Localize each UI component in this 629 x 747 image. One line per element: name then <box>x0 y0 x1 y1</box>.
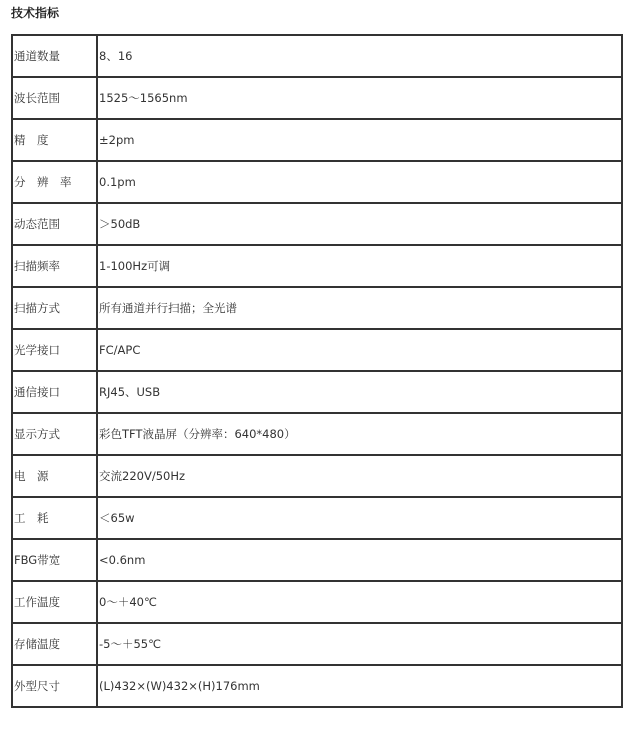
spec-value: FC/APC <box>97 329 622 371</box>
spec-label: 精 度 <box>12 119 97 161</box>
spec-label: 电 源 <box>12 455 97 497</box>
spec-label: 外型尺寸 <box>12 665 97 707</box>
spec-label: FBG带宽 <box>12 539 97 581</box>
table-row-operating-temp: 工作温度 0～＋40℃ <box>12 581 622 623</box>
spec-label: 显示方式 <box>12 413 97 455</box>
table-row-wavelength-range: 波长范围 1525～1565nm <box>12 77 622 119</box>
section-title: 技术指标 <box>11 5 59 21</box>
spec-label: 工作温度 <box>12 581 97 623</box>
spec-label: 分 辨 率 <box>12 161 97 203</box>
table-row-accuracy: 精 度 ±2pm <box>12 119 622 161</box>
spec-table: 通道数量 8、16 波长范围 1525～1565nm 精 度 ±2pm 分 辨 … <box>11 34 623 708</box>
table-row-storage-temp: 存储温度 -5～＋55℃ <box>12 623 622 665</box>
spec-value: 交流220V/50Hz <box>97 455 622 497</box>
spec-label: 存储温度 <box>12 623 97 665</box>
spec-value: ＞50dB <box>97 203 622 245</box>
spec-label: 波长范围 <box>12 77 97 119</box>
table-row-dynamic-range: 动态范围 ＞50dB <box>12 203 622 245</box>
spec-value: 0.1pm <box>97 161 622 203</box>
table-row-scan-frequency: 扫描频率 1-100Hz可调 <box>12 245 622 287</box>
table-row-display: 显示方式 彩色TFT液晶屏（分辨率：640*480） <box>12 413 622 455</box>
spec-label: 光学接口 <box>12 329 97 371</box>
spec-value: 0～＋40℃ <box>97 581 622 623</box>
spec-value: ＜65w <box>97 497 622 539</box>
spec-value: <0.6nm <box>97 539 622 581</box>
table-row-comm-interface: 通信接口 RJ45、USB <box>12 371 622 413</box>
spec-value: RJ45、USB <box>97 371 622 413</box>
table-row-channel-count: 通道数量 8、16 <box>12 35 622 77</box>
spec-value: 1-100Hz可调 <box>97 245 622 287</box>
table-row-resolution: 分 辨 率 0.1pm <box>12 161 622 203</box>
spec-value: ±2pm <box>97 119 622 161</box>
table-row-power-consumption: 工 耗 ＜65w <box>12 497 622 539</box>
table-row-power-supply: 电 源 交流220V/50Hz <box>12 455 622 497</box>
spec-value: (L)432×(W)432×(H)176mm <box>97 665 622 707</box>
table-row-dimensions: 外型尺寸 (L)432×(W)432×(H)176mm <box>12 665 622 707</box>
spec-value: 1525～1565nm <box>97 77 622 119</box>
spec-label: 扫描方式 <box>12 287 97 329</box>
spec-value: -5～＋55℃ <box>97 623 622 665</box>
spec-value: 所有通道并行扫描；全光谱 <box>97 287 622 329</box>
table-row-scan-mode: 扫描方式 所有通道并行扫描；全光谱 <box>12 287 622 329</box>
spec-label: 通信接口 <box>12 371 97 413</box>
spec-label: 动态范围 <box>12 203 97 245</box>
spec-value: 8、16 <box>97 35 622 77</box>
spec-label: 扫描频率 <box>12 245 97 287</box>
table-row-fbg-bandwidth: FBG带宽 <0.6nm <box>12 539 622 581</box>
table-row-optical-interface: 光学接口 FC/APC <box>12 329 622 371</box>
spec-label: 工 耗 <box>12 497 97 539</box>
spec-label: 通道数量 <box>12 35 97 77</box>
spec-value: 彩色TFT液晶屏（分辨率：640*480） <box>97 413 622 455</box>
